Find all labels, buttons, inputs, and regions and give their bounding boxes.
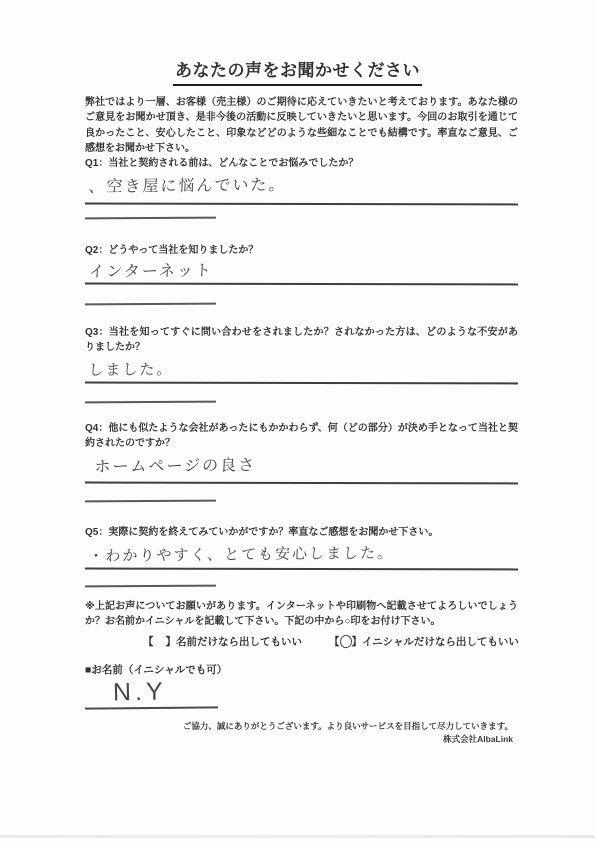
answer-rule-line [85,382,518,385]
option-name-only-label: 名前だけなら出してもいい [176,636,302,648]
answer-rule-line [85,203,518,206]
question-5-label: Q5：実際に契約を終えてみていかがですか？率直なご感想をお聞かせ下さい。 [85,525,518,540]
answer-rule-line [85,482,518,485]
handwritten-name-initials: N.Y [113,677,167,707]
question-2-handwritten-answer: インターネット [88,258,214,282]
option-initials-only: 【】イニシャルだけなら出してもいい [329,634,519,649]
footer: ご協力、誠にありがとうございます。より良いサービスを目指して尽力していきます。 … [153,720,513,746]
answer-rule-line-short [85,500,216,502]
option-name-only: 【】名前だけなら出してもいい [143,634,302,649]
bracket-open: 【 [329,636,340,648]
bracket-close: 】 [352,636,363,648]
form-title-text: あなたの声をお聞かせください [173,56,422,86]
intro-paragraph: 弊社ではより一層、お客様（売主様）のご期待に応えていきたいと考えております。あな… [85,95,518,157]
question-block-4: Q4：他にも似たような会社があったにもかかわらず、何（どの部分）が決め手となって… [85,421,518,451]
question-block-1: Q1：当社と契約される前は、どんなことでお悩みでしたか？ 、空き屋に悩んでいた。 [85,156,518,171]
question-5-handwritten-answer: ・わかりやすく、とても安心しました。 [88,542,395,566]
answer-rule-line-short [85,217,216,219]
answer-rule-line [85,568,518,571]
publication-permission-note: ※上記お声についてお願いがあります。インターネットや印刷物へ記載させてよろしいで… [85,599,518,629]
bracket-open: 【 [143,636,154,648]
circle-mark-handwritten [340,634,352,647]
footer-thanks-text: ご協力、誠にありがとうございます。より良いサービスを目指して尽力していきます。 [153,720,513,733]
answer-rule-line-short [85,401,216,403]
question-1-handwritten-answer: 、空き屋に悩んでいた。 [88,172,287,197]
circle-mark-slot-empty [154,634,166,647]
name-field-label: ■お名前（イニシャルでも可） [85,662,227,677]
option-initials-only-label: イニシャルだけなら出してもいい [362,636,519,648]
bracket-close: 】 [166,636,177,648]
question-block-3: Q3：当社を知ってすぐに問い合わせをされましたか？されなかった方は、どのような不… [85,325,518,355]
question-2-label: Q2：どうやって当社を知りましたか？ [85,243,518,258]
publication-options-row: 【】名前だけなら出してもいい【】イニシャルだけなら出してもいい [143,634,543,649]
scanned-questionnaire-page: あなたの声をお聞かせください 弊社ではより一層、お客様（売主様）のご期待に応えて… [0,0,595,842]
answer-rule-line-short [85,303,216,305]
footer-company-name: 株式会社AlbaLink [153,733,513,746]
question-3-label: Q3：当社を知ってすぐに問い合わせをされましたか？されなかった方は、どのような不… [85,325,518,355]
question-3-handwritten-answer: しました。 [88,358,174,380]
scan-bottom-edge [0,835,595,838]
question-block-5: Q5：実際に契約を終えてみていかがですか？率直なご感想をお聞かせ下さい。 ・わか… [85,525,518,540]
question-4-handwritten-answer: ホームページの良さ [94,452,257,477]
name-rule-line [85,706,218,709]
question-4-label: Q4：他にも似たような会社があったにもかかわらず、何（どの部分）が決め手となって… [85,421,518,451]
answer-rule-line [85,283,518,286]
answer-rule-line-short [85,585,216,587]
form-title: あなたの声をお聞かせください [0,56,595,86]
question-1-label: Q1：当社と契約される前は、どんなことでお悩みでしたか？ [85,156,518,171]
question-block-2: Q2：どうやって当社を知りましたか？ インターネット [85,243,518,258]
